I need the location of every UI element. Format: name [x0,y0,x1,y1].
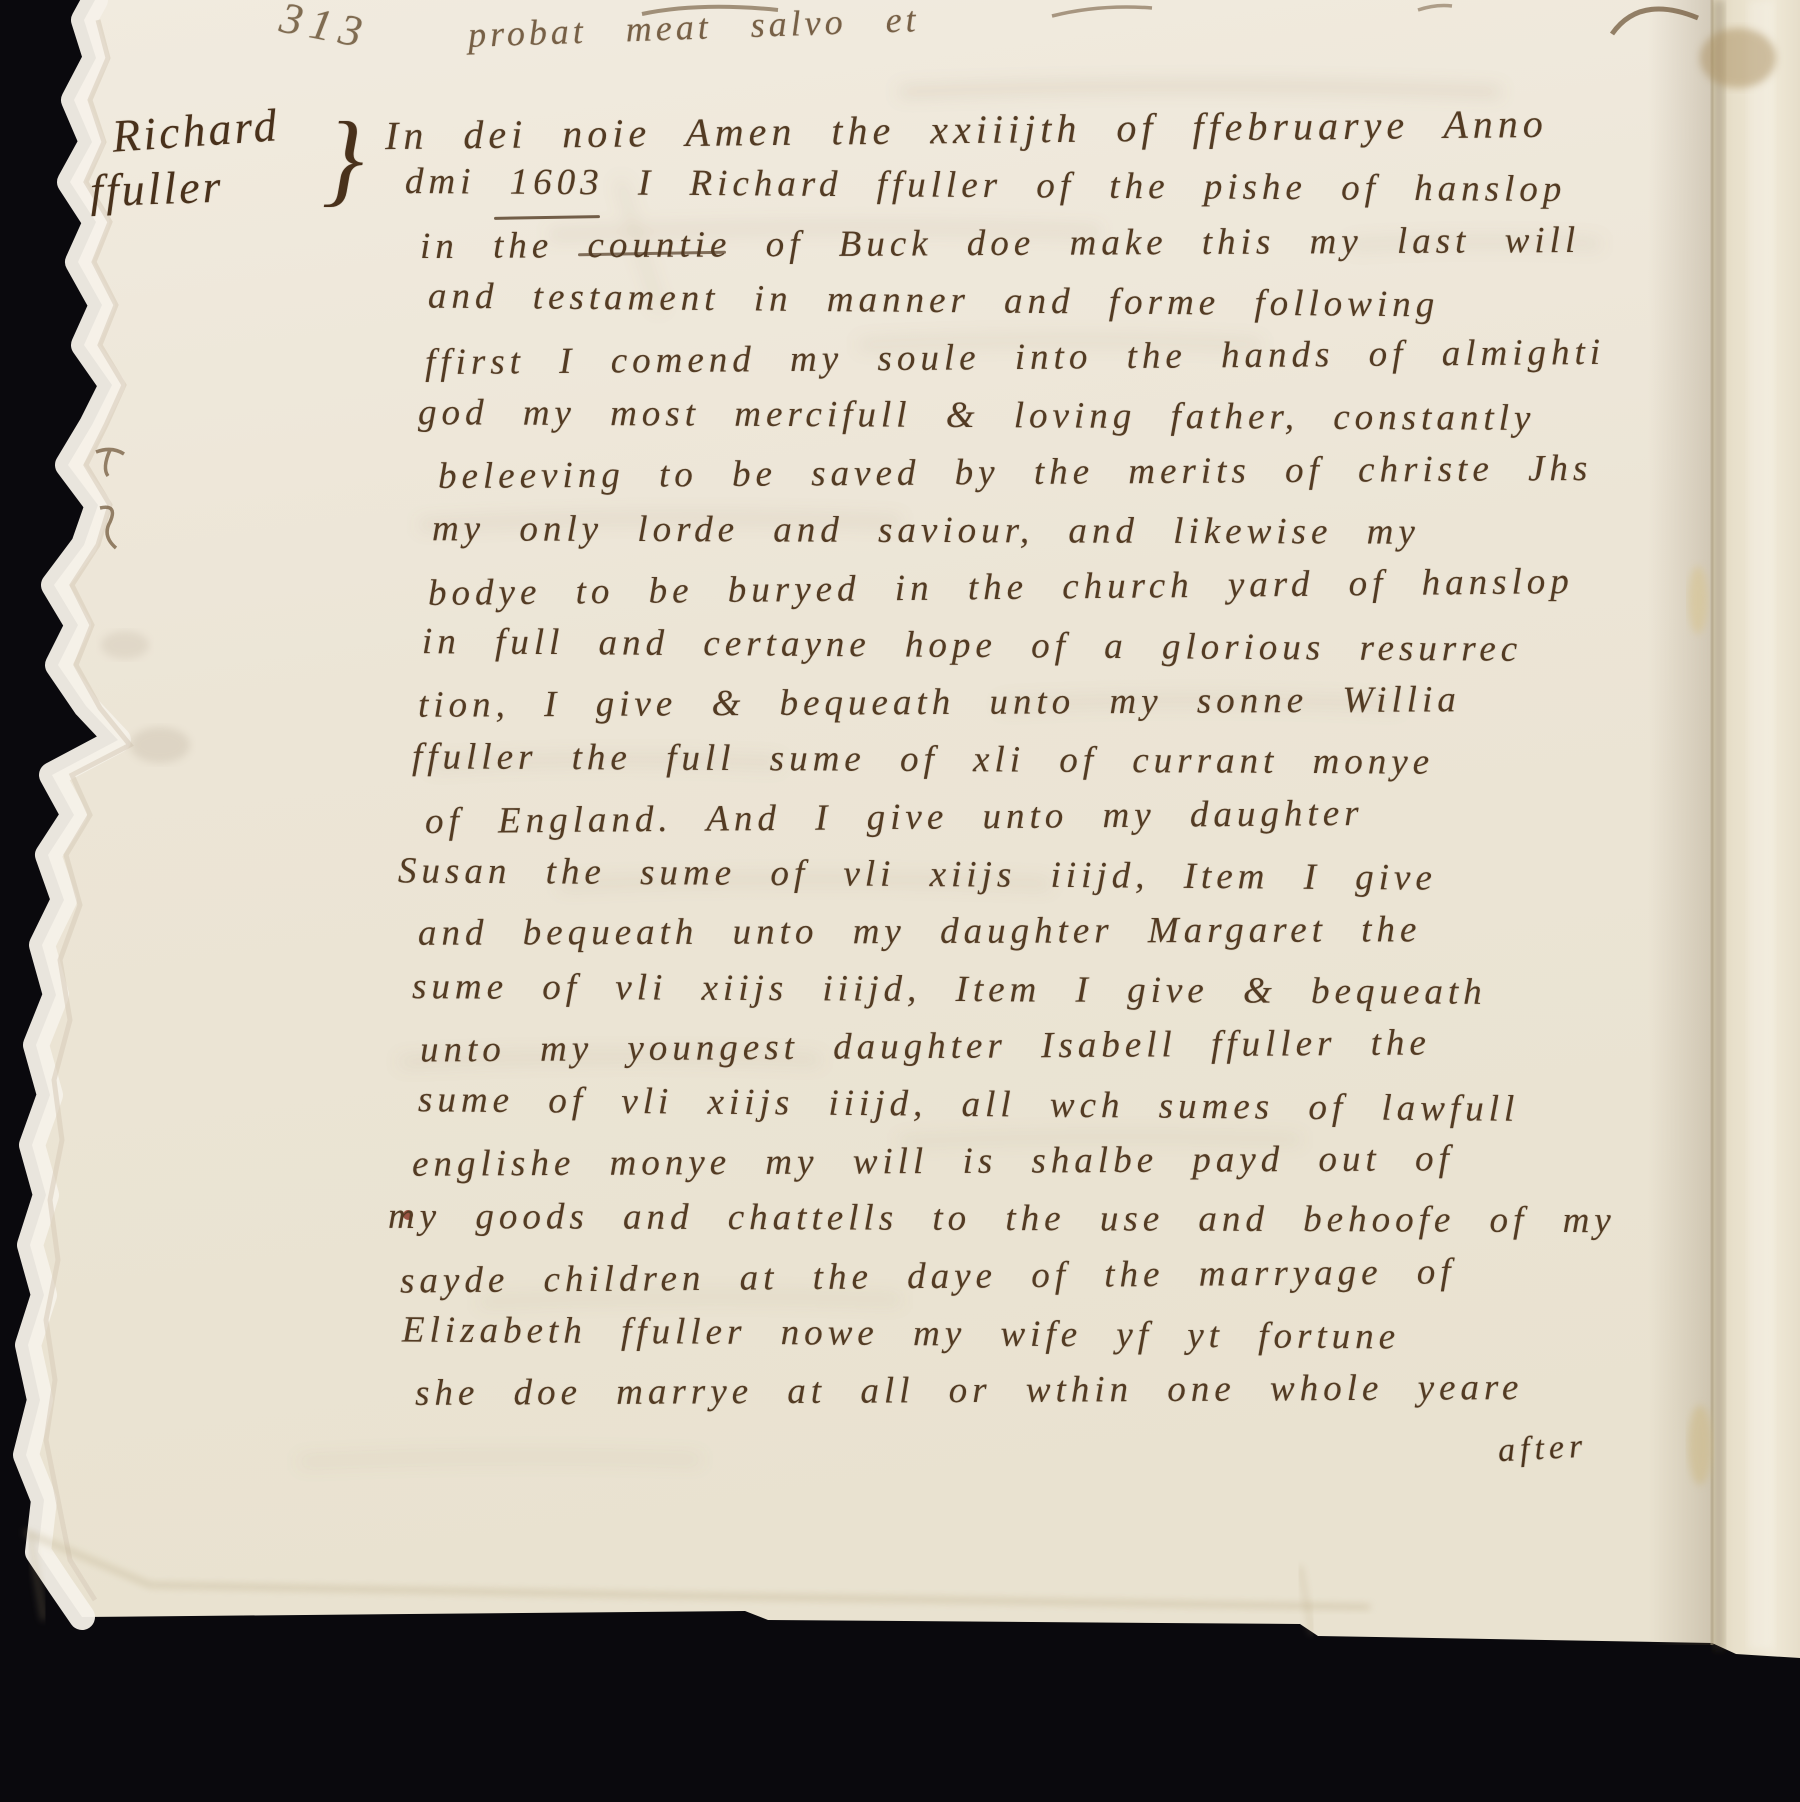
body-line: ffirst I comend my soule into the hands … [425,334,1605,381]
body-line: sayde children at the daye of the marrya… [400,1253,1456,1299]
body-line: Elizabeth ffuller nowe my wife yf yt for… [402,1312,1400,1356]
stain-top-right [1700,28,1776,88]
body-line: and bequeath unto my daughter Margaret t… [418,911,1422,952]
body-line: tion, I give & bequeath unto my sonne Wi… [418,681,1461,723]
body-line: unto my youngest daughter Isabell ffulle… [420,1024,1431,1068]
catchword: after [1497,1428,1588,1471]
body-line: my only lorde and saviour, and likewise … [432,510,1420,550]
body-line: englishe monye my will is shalbe payd ou… [412,1140,1454,1182]
body-line: ffuller the full sume of xli of currant … [412,738,1434,780]
body-line: beleeving to be saved by the merits of c… [438,450,1593,495]
body-line: god my most mercifull & loving father, c… [418,394,1536,437]
body-line: my goods and chattells to the use and be… [388,1198,1616,1239]
body-line: Susan the sume of vli xiijs iiijd, Item … [398,852,1437,896]
manuscript-photo: 313 probat meat salvo et Richard ffuller… [0,0,1800,1802]
paper-background [0,0,1800,1802]
body-line: sume of vli xiijs iiijd, Item I give & b… [412,968,1487,1011]
body-line: of England. And I give unto my daughter [425,795,1364,840]
body-line: she doe marrye at all or wthin one whole… [415,1369,1524,1412]
body-line: sume of vli xiijs iiijd, all wch sumes o… [418,1081,1520,1128]
body-line: and testament in manner and forme follow… [428,278,1440,324]
body-line: in full and certayne hope of a glorious … [422,623,1522,668]
margin-bracket: } [322,112,369,206]
body-line: dmi 1603 I Richard ffuller of the pishe … [405,163,1567,208]
margin-name-line2: ffuller [89,160,224,218]
body-line: in the countie of Buck doe make this my … [420,222,1580,265]
